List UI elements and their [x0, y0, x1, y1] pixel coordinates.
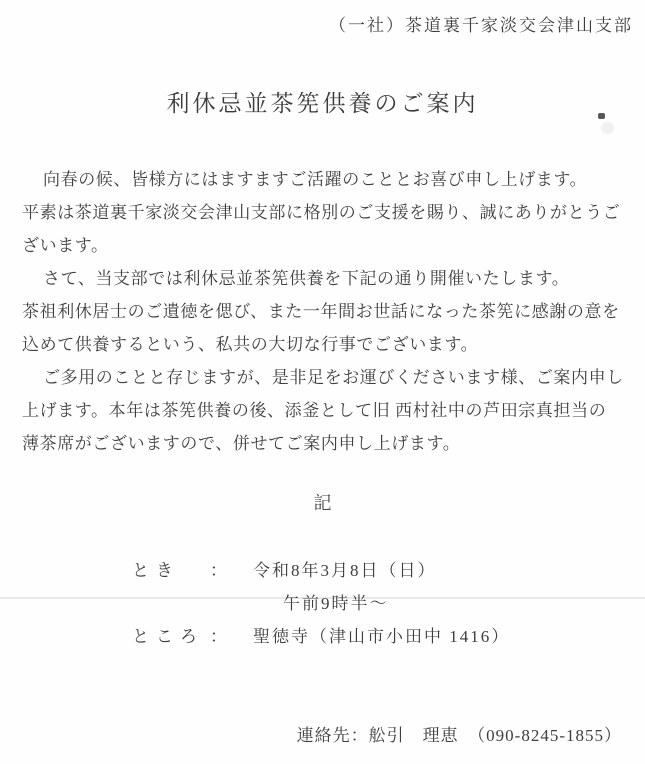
page-title: 利休忌並茶筅供養のご案内 [0, 85, 645, 118]
detail-value-place: 聖徳寺（津山市小田中 1416） [253, 620, 510, 653]
body-line: ざいます。 [22, 229, 627, 262]
body-line: ご多用のことと存じますが、是非足をお運びくださいます様、ご案内申し [22, 361, 627, 394]
organization-name: （一社）茶道裏千家淡交会津山支部 [329, 11, 633, 36]
body-line: 込めて供養するという、私共の大切な行事でございます。 [22, 328, 627, 361]
detail-row-place: ところ ： 聖徳寺（津山市小田中 1416） [132, 620, 510, 653]
contact-line: 連絡先：舩引 理恵 （090-8245-1855） [297, 721, 622, 746]
detail-label-place: ところ [132, 620, 210, 653]
body-line: 茶祖利休居士のご遺徳を偲び、また一年間お世話になった茶筅に感謝の意を [22, 295, 627, 328]
body-line: 向春の候、皆様方にはますますご活躍のこととお喜び申し上げます。 [22, 163, 627, 196]
detail-row-time: とき ： 令和8年3月8日（日） [132, 554, 510, 587]
document-page: （一社）茶道裏千家淡交会津山支部 利休忌並茶筅供養のご案内 向春の候、皆様方には… [0, 0, 645, 764]
body-line: 薄茶席がございますので、併せてご案内申し上げます。 [22, 427, 627, 460]
detail-label-time: とき [132, 554, 210, 587]
event-details: とき ： 令和8年3月8日（日） 午前9時半～ ところ ： 聖徳寺（津山市小田中… [132, 554, 510, 653]
letter-body: 向春の候、皆様方にはますますご活躍のこととお喜び申し上げます。 平素は茶道裏千家… [22, 163, 627, 460]
detail-colon: ： [210, 620, 253, 653]
body-line: さて、当支部では利休忌並茶筅供養を下記の通り開催いたします。 [22, 262, 627, 295]
scan-speck [598, 113, 605, 119]
detail-colon: ： [210, 554, 253, 587]
record-marker: 記 [0, 489, 645, 515]
detail-value-date: 令和8年3月8日（日） [253, 554, 437, 587]
body-line: 平素は茶道裏千家淡交会津山支部に格別のご支援を賜り、誠にありがとうご [22, 196, 627, 229]
body-line: 上げます。本年は茶筅供養の後、添釜として旧 西村社中の芦田宗真担当の [22, 394, 627, 427]
detail-value-start-time: 午前9時半～ [283, 587, 510, 620]
scan-smudge [601, 122, 614, 134]
